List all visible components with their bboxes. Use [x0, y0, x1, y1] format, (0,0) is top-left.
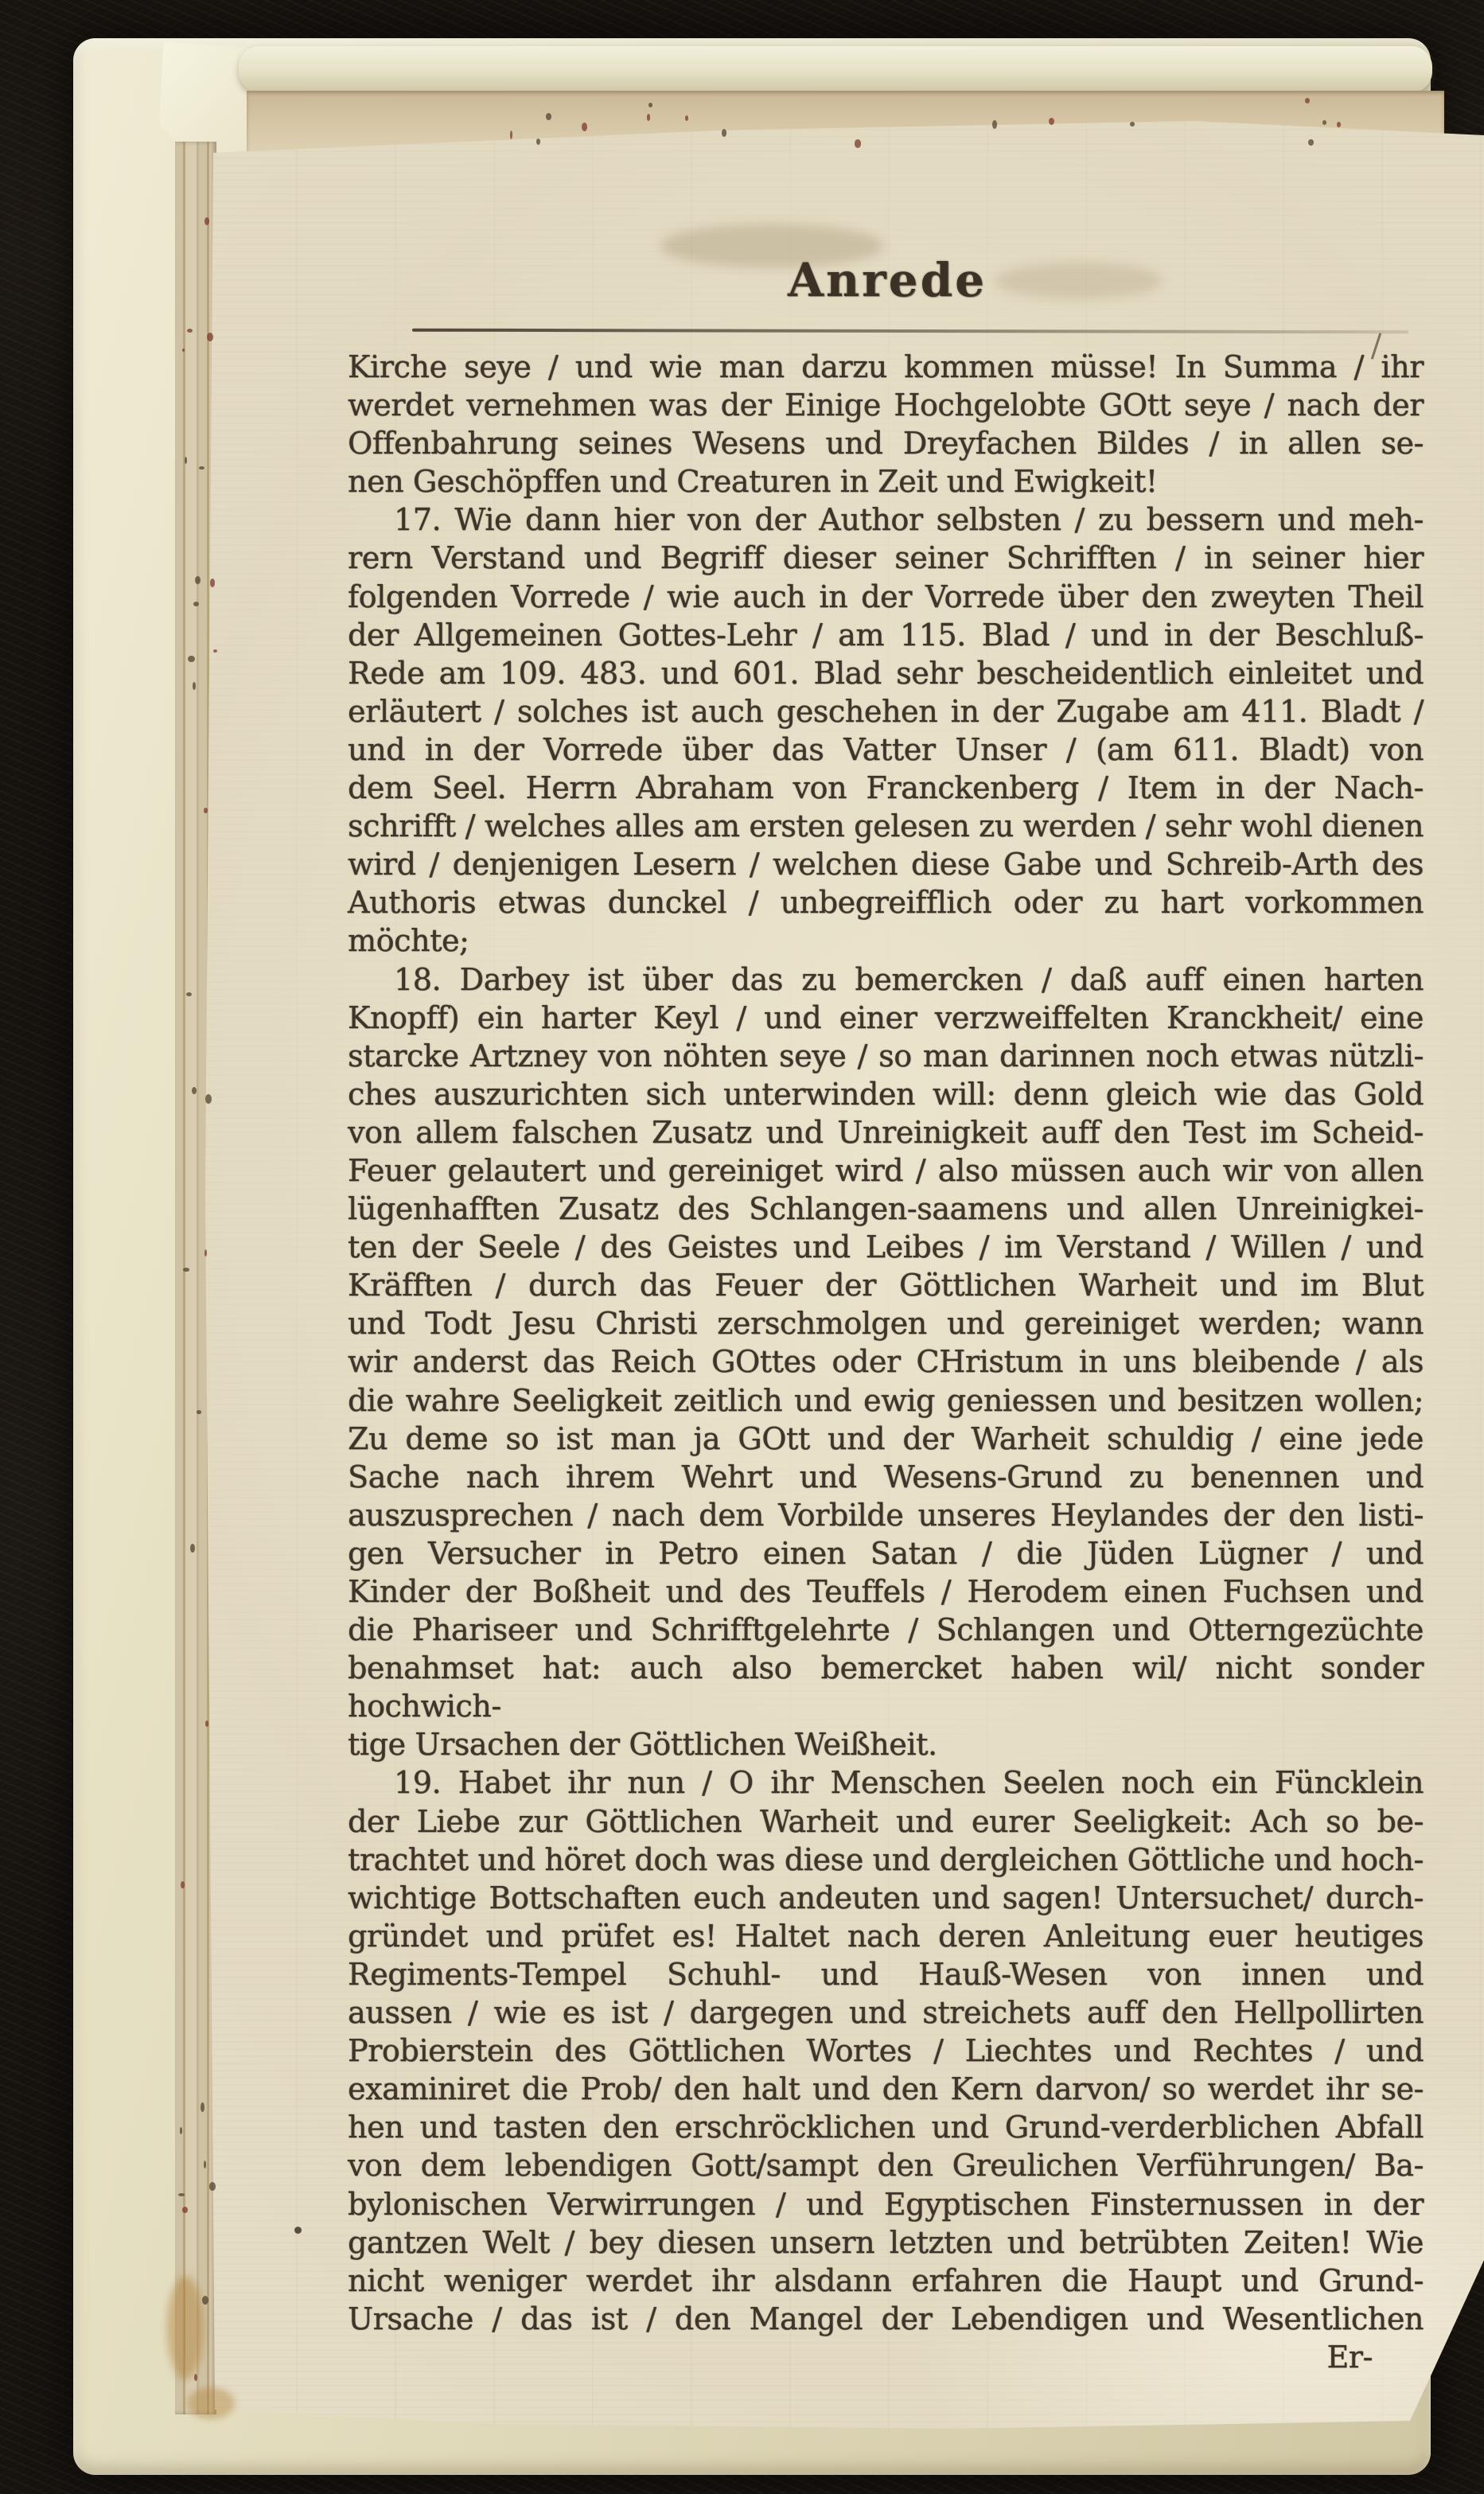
text-line: wird / denjenigen Lesern / welchen diese… — [348, 845, 1424, 883]
text-line: 18. Darbey ist über das zu bemercken / d… — [348, 961, 1424, 999]
text-line: gründet und prüfet es! Haltet nach deren… — [348, 1917, 1424, 1955]
text-line: Kinder der Boßheit und des Teuffels / He… — [348, 1572, 1424, 1611]
text-line: Kirche seye / und wie man darzu kommen m… — [348, 348, 1424, 386]
text-line: von allem falschen Zusatz und Unreinigke… — [348, 1113, 1424, 1152]
page-stain — [167, 2276, 204, 2379]
text-line: Probierstein des Göttlichen Wortes / Lie… — [348, 2032, 1424, 2070]
edge-speckle — [536, 138, 540, 145]
text-line: der Allgemeinen Gottes-Lehr / am 115. Bl… — [348, 616, 1424, 654]
text-line: Regiments-Tempel Schuhl- und Hauß-Wesen … — [348, 1955, 1424, 1993]
text-line: und in der Vorrede über das Vatter Unser… — [348, 731, 1424, 769]
text-line: aussen / wie es ist / dargegen und strei… — [348, 1993, 1424, 2032]
edge-speckle — [205, 1094, 212, 1104]
text-line: schrifft / welches alles am ersten geles… — [348, 807, 1424, 845]
text-line: benahmset hat: auch also bemercket haben… — [348, 1649, 1424, 1725]
page-stain — [187, 2387, 235, 2419]
edge-speckle — [188, 656, 195, 662]
text-line: ten der Seele / des Geistes und Leibes /… — [348, 1228, 1424, 1266]
text-line: Authoris etwas dunckel / unbegreifflich … — [348, 883, 1424, 922]
text-line: lügenhafften Zusatz des Schlangen-saamen… — [348, 1190, 1424, 1228]
edge-speckle — [192, 1087, 197, 1094]
text-line: bylonischen Verwirrungen / und Egyptisch… — [348, 2185, 1424, 2223]
edge-speckle — [1305, 98, 1310, 103]
edge-speckle — [199, 466, 204, 470]
edge-speckle — [204, 1249, 207, 1257]
text-line: nen Geschöpffen und Creaturen in Zeit un… — [348, 462, 1424, 501]
text-line: Ursache / das ist / den Mangel der Leben… — [348, 2300, 1424, 2338]
text-block: Kirche seye / und wie man darzu kommen m… — [348, 348, 1424, 2376]
text-line: der Liebe zur Göttlichen Warheit und eur… — [348, 1802, 1424, 1841]
text-line: Rede am 109. 483. und 601. Blad sehr bes… — [348, 654, 1424, 692]
text-line: dem Seel. Herrn Abraham von Franckenberg… — [348, 769, 1424, 807]
text-line: Knopff) ein harter Keyl / und einer verz… — [348, 999, 1424, 1037]
text-line: starcke Artzney von nöhten seye / so man… — [348, 1037, 1424, 1075]
text-line: wichtige Bottschaften euch andeuten und … — [348, 1879, 1424, 1917]
text-line: 19. Habet ihr nun / O ihr Menschen Seele… — [348, 1763, 1424, 1802]
text-line: trachtet und höret doch was diese und de… — [348, 1841, 1424, 1879]
text-line: hen und tasten den erschröcklichen und G… — [348, 2108, 1424, 2146]
text-line: wir anderst das Reich GOttes oder CHrist… — [348, 1342, 1424, 1381]
edge-speckle — [855, 139, 862, 147]
text-line: ches auszurichten sich unterwinden will:… — [348, 1075, 1424, 1113]
edge-speckle — [207, 333, 213, 341]
photograph-scene: Anrede Kirche seye / und wie man darzu k… — [0, 0, 1484, 2494]
edge-speckle — [181, 1881, 184, 1888]
text-line: erläutert / solches ist auch geschehen i… — [348, 692, 1424, 731]
text-line: die wahre Seeligkeit zeitlich und ewig g… — [348, 1381, 1424, 1420]
text-line: Kräfften / durch das Feuer der Göttliche… — [348, 1266, 1424, 1304]
edge-speckle — [647, 114, 651, 120]
text-line: von dem lebendigen Gott/sampt den Greuli… — [348, 2146, 1424, 2184]
cover-top-edge — [239, 46, 1432, 92]
edge-speckle — [195, 576, 200, 584]
edge-speckle — [992, 120, 997, 129]
edge-speckle — [190, 1544, 194, 1553]
edge-speckle — [204, 2161, 206, 2169]
text-line: Offenbahrung seines Wesens und Dreyfache… — [348, 424, 1424, 462]
text-line: gantzen Welt / bey diesen unsern letzten… — [348, 2223, 1424, 2262]
edge-speckle — [1130, 122, 1135, 127]
text-line: auszusprechen / nach dem Vorbilde unsere… — [348, 1496, 1424, 1534]
text-line: 17. Wie dann hier von der Author selbste… — [348, 501, 1424, 539]
edge-speckle — [182, 2207, 188, 2212]
text-line: examiniret die Prob/ den halt und den Ke… — [348, 2070, 1424, 2108]
catchword: Er- — [348, 2338, 1424, 2376]
text-line: werdet vernehmen was der Einige Hochgelo… — [348, 386, 1424, 424]
text-line: möchte; — [348, 922, 1424, 960]
edge-speckle — [1322, 120, 1326, 125]
edge-speckle — [183, 1268, 190, 1272]
edge-speckle — [193, 602, 199, 606]
text-line: und Todt Jesu Christi zerschmolgen und g… — [348, 1304, 1424, 1342]
text-line: Feuer gelautert und gereiniget wird / al… — [348, 1152, 1424, 1190]
edge-speckle — [201, 2102, 204, 2112]
text-line: nicht weniger werdet ihr alsdann erfahre… — [348, 2262, 1424, 2300]
edge-speckle — [202, 2296, 208, 2305]
text-line: Sache nach ihrem Wehrt und Wesens-Grund … — [348, 1458, 1424, 1496]
ink-speck — [294, 2227, 302, 2234]
text-line: die Phariseer und Schrifftgelehrte / Sch… — [348, 1611, 1424, 1649]
edge-speckle — [193, 682, 196, 690]
text-line: Zu deme so ist man ja GOtt und der Warhe… — [348, 1420, 1424, 1458]
text-line: tige Ursachen der Göttlichen Weißheit. — [348, 1725, 1424, 1763]
edge-speckle — [182, 349, 185, 352]
text-line: gen Versucher in Petro einen Satan / die… — [348, 1534, 1424, 1572]
text-line: folgenden Vorrede / wie auch in der Vorr… — [348, 578, 1424, 616]
edge-speckle — [197, 1410, 201, 1413]
text-line: rern Verstand und Begriff dieser seiner … — [348, 539, 1424, 577]
page-title: Anrede — [350, 253, 1424, 312]
edge-speckle — [204, 217, 209, 225]
edge-speckle — [204, 808, 208, 814]
